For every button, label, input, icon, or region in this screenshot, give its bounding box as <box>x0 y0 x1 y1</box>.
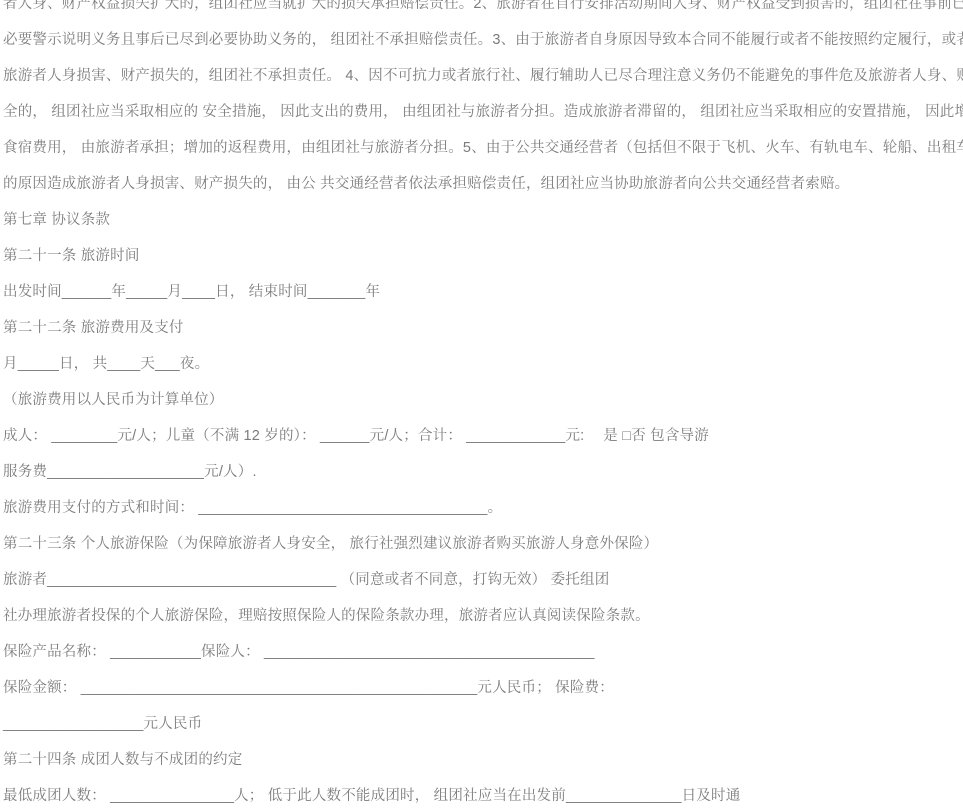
clause-heading-22: 第二十二条 旅游费用及支付 <box>3 310 961 346</box>
clause-heading-21: 第二十一条 旅游时间 <box>3 238 961 274</box>
paragraph-line: 旅游者人身损害、财产损失的，组团社不承担责任。 4、因不可抗力或者旅行社、履行辅… <box>3 58 961 94</box>
form-line-insurance-product: 保险产品名称： ___________保险人： ________________… <box>3 634 961 670</box>
form-line-traveler-consent: 旅游者___________________________________ （… <box>3 562 961 598</box>
form-line-travel-dates: 出发时间______年_____月____日， 结束时间_______年 <box>3 274 961 310</box>
paragraph-line: 的原因造成旅游者人身损害、财产损失的， 由公 共交通经营者依法承担赔偿责任，组团… <box>3 166 961 202</box>
note-line-currency: （旅游费用以人民币为计算单位） <box>3 382 961 418</box>
paragraph-line: 者人身、财产权益损失扩大的，组团社应当就扩大的损失承担赔偿责任。2、旅游者在自行… <box>3 0 961 22</box>
paragraph-line: 食宿费用， 由旅游者承担；增加的返程费用，由组团社与旅游者分担。5、由于公共交通… <box>3 130 961 166</box>
form-line-prices: 成人： ________元/人；儿童（不满 12 岁的）： ______元/人；… <box>3 418 961 454</box>
contract-text-body: 者人身、财产权益损失扩大的，组团社应当就扩大的损失承担赔偿责任。2、旅游者在自行… <box>0 0 963 810</box>
clause-heading-24: 第二十四条 成团人数与不成团的约定 <box>3 742 961 778</box>
paragraph-line: 必要警示说明义务且事后已尽到必要协助义务的， 组团社不承担赔偿责任。3、由于旅游… <box>3 22 961 58</box>
form-line-insurance-premium: _________________元人民币 <box>3 706 961 742</box>
form-line-min-group-size: 最低成团人数： _______________人； 低于此人数不能成团时， 组团… <box>3 778 961 810</box>
paragraph-line: 社办理旅游者投保的个人旅游保险，理赔按照保险人的保险条款办理，旅游者应认真阅读保… <box>3 598 961 634</box>
paragraph-line: 全的， 组团社应当采取相应的 安全措施， 因此支出的费用， 由组团社与旅游者分担… <box>3 94 961 130</box>
form-line-insurance-amount: 保险金额： __________________________________… <box>3 670 961 706</box>
form-line-payment-method: 旅游费用支付的方式和时间： __________________________… <box>3 490 961 526</box>
chapter-heading: 第七章 协议条款 <box>3 202 961 238</box>
contract-document-page: 者人身、财产权益损失扩大的，组团社应当就扩大的损失承担赔偿责任。2、旅游者在自行… <box>0 0 963 810</box>
form-line-service-fee: 服务费___________________元/人）. <box>3 454 961 490</box>
clause-heading-23: 第二十三条 个人旅游保险（为保障旅游者人身安全， 旅行社强烈建议旅游者购买旅游人… <box>3 526 961 562</box>
form-line-duration: 月_____日， 共____天___夜。 <box>3 346 961 382</box>
